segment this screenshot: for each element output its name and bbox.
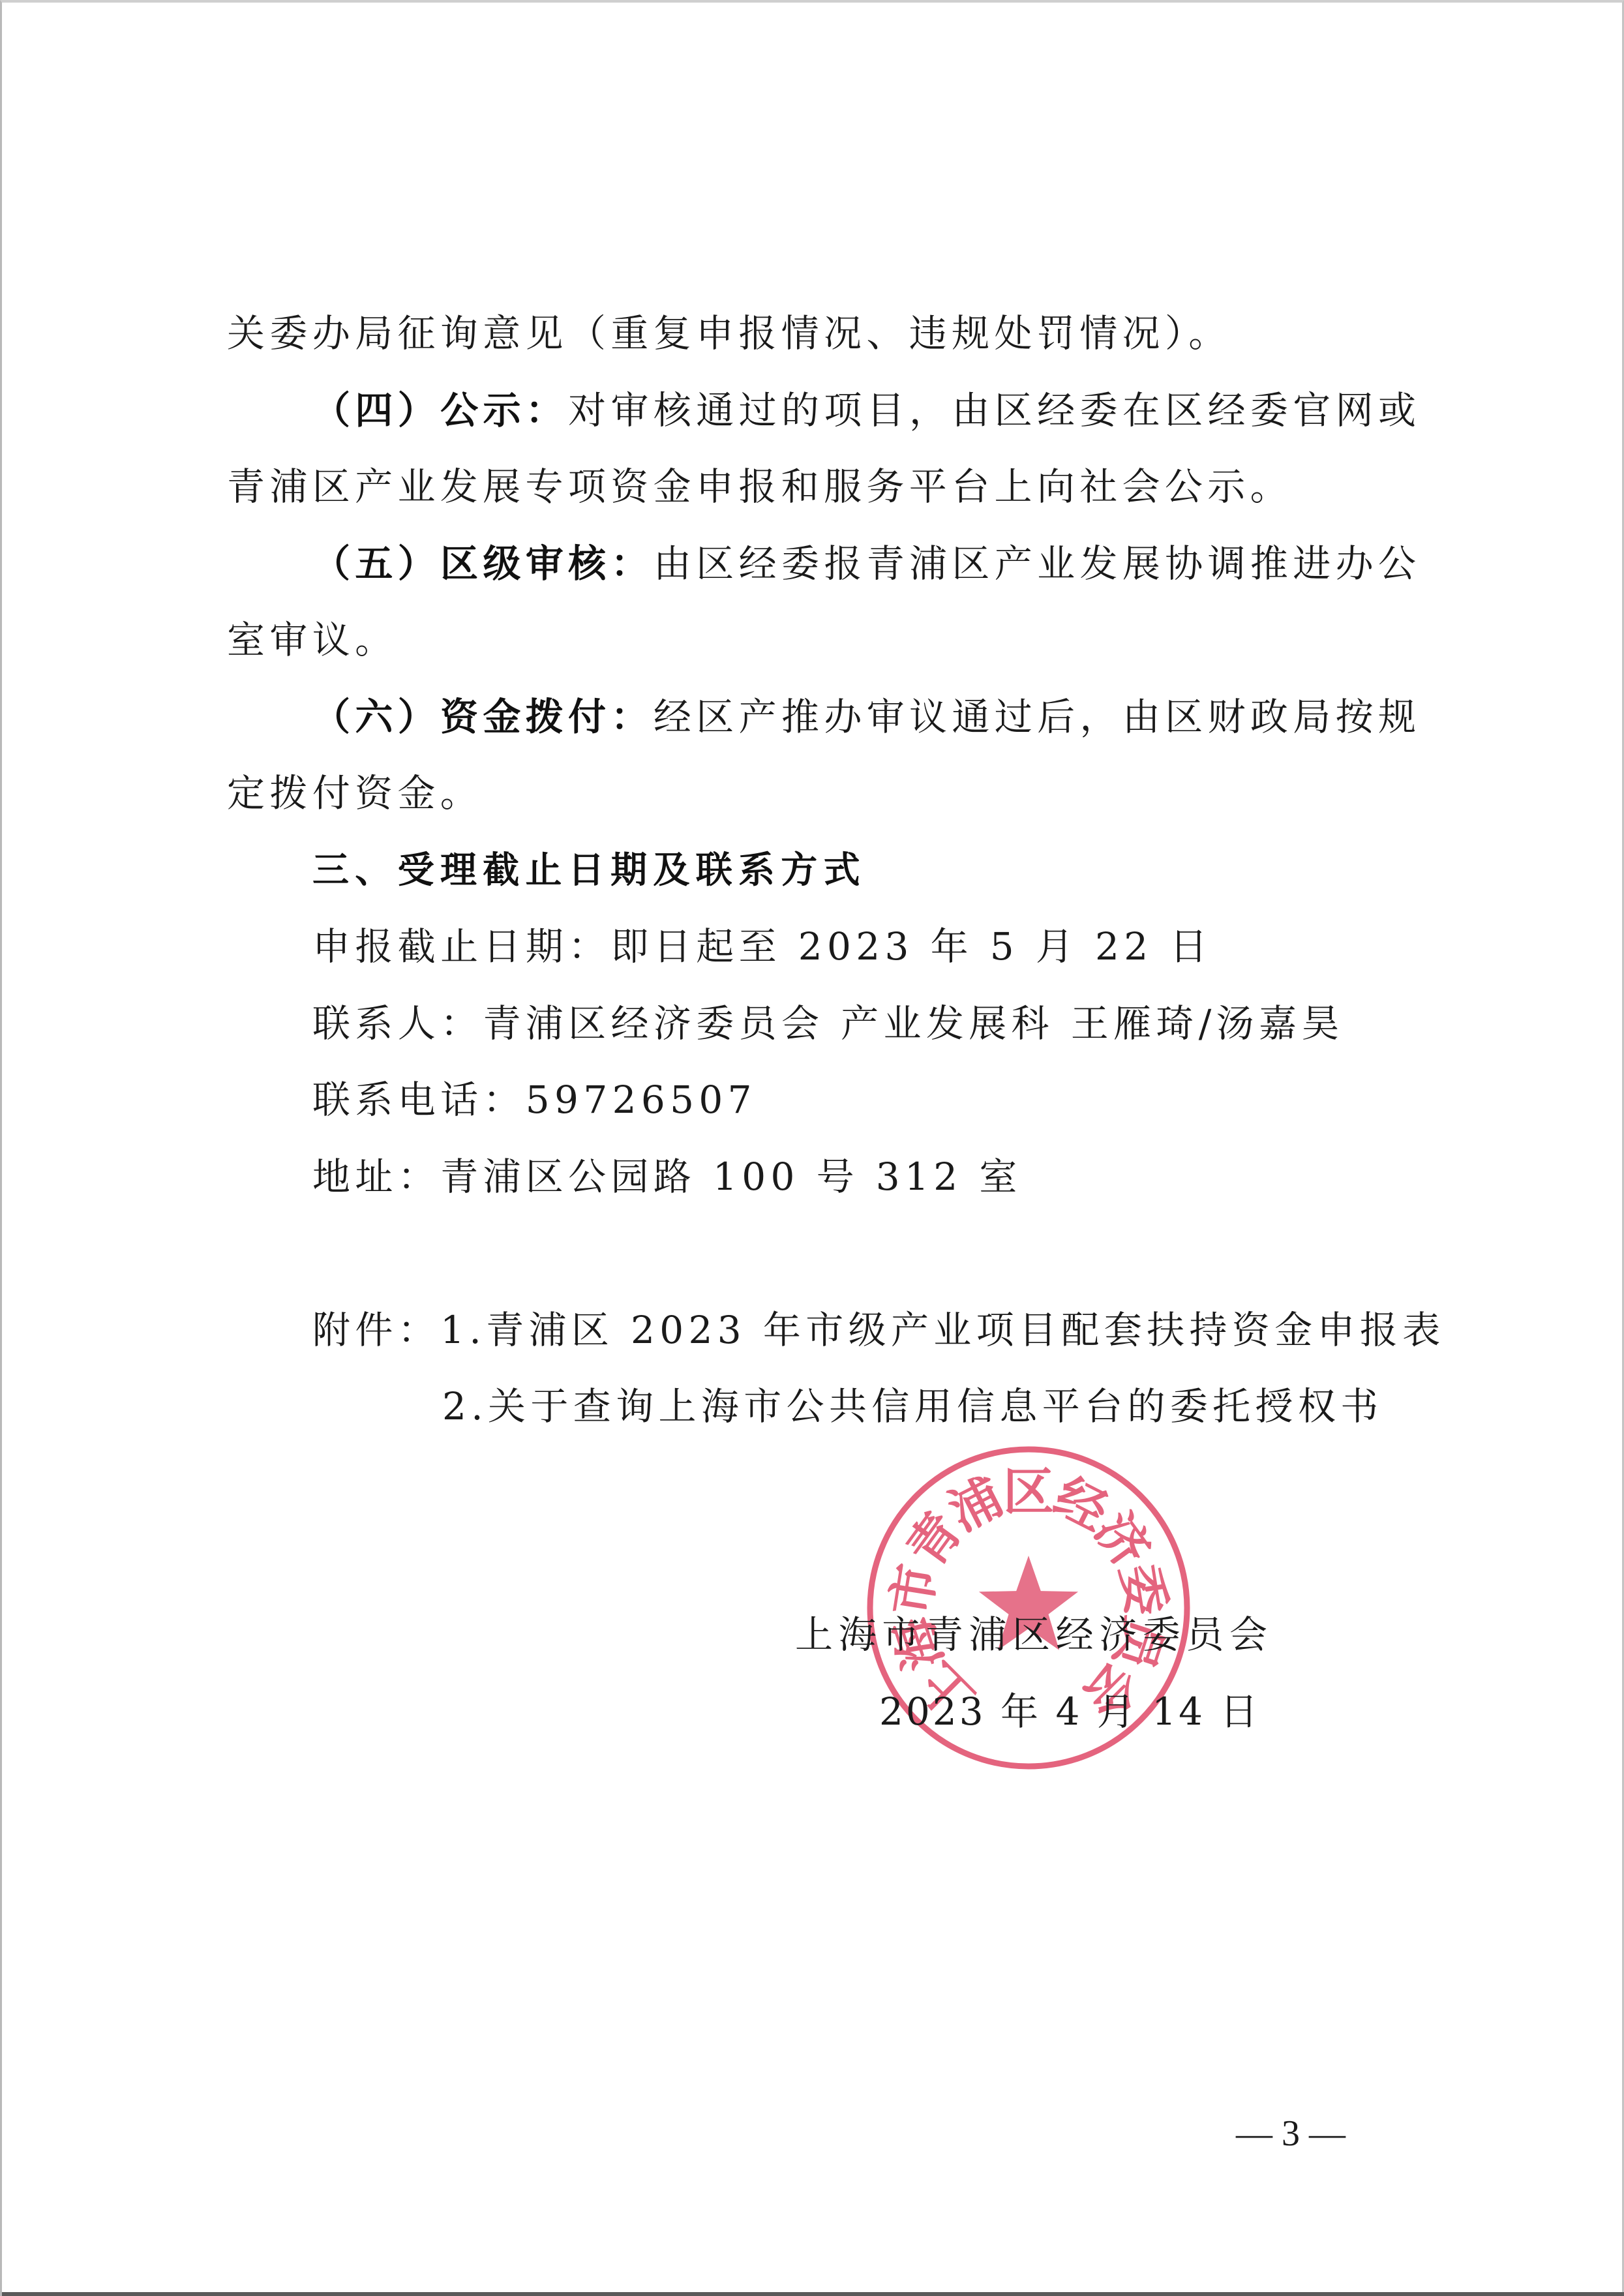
document-page: 关委办局征询意见（重复申报情况、违规处罚情况）。 （四）公示：对审核通过的项目，… [0, 0, 1624, 2296]
signature-date: 2023 年 4 月 14 日 [879, 1674, 1261, 1751]
item-fund-allocation: （六）资金拨付：经区产推办审议通过后，由区财政局按规 [312, 679, 1421, 756]
item-text: 由区经委报青浦区产业发展协调推进办公 [654, 541, 1421, 586]
deadline-line: 申报截止日期：即日起至 2023 年 5 月 22 日 [312, 909, 1212, 986]
section-heading: 三、受理截止日期及联系方式 [312, 832, 866, 909]
item-publicity: （四）公示：对审核通过的项目，由区经委在区经委官网或 [312, 372, 1421, 449]
item-label: （五）区级审核： [312, 541, 654, 586]
page-number: — 3 — [1225, 2111, 1357, 2156]
attachment-1: 附件：1.青浦区 2023 年市级产业项目配套扶持资金申报表 [312, 1292, 1445, 1369]
body-line-3: 青浦区产业发展专项资金申报和服务平台上向社会公示。 [227, 449, 1293, 526]
scan-edge [2, 2292, 1624, 2296]
item-text: 对审核通过的项目，由区经委在区经委官网或 [568, 388, 1421, 432]
attachment-item: 1.青浦区 2023 年市级产业项目配套扶持资金申报表 [440, 1308, 1445, 1352]
item-label: （六）资金拨付： [312, 695, 654, 739]
attachment-label: 附件： [312, 1308, 440, 1352]
item-text: 经区产推办审议通过后，由区财政局按规 [654, 695, 1421, 739]
body-text: 青浦区产业发展专项资金申报和服务平台上向社会公示。 [227, 464, 1293, 509]
body-line-7: 定拨付资金。 [227, 755, 483, 832]
body-line-5: 室审议。 [227, 602, 397, 679]
body-line-1: 关委办局征询意见（重复申报情况、违规处罚情况）。 [227, 295, 1231, 372]
contact-person-line: 联系人：青浦区经济委员会 产业发展科 王雁琦/汤嘉昊 [312, 986, 1344, 1063]
attachment-2: 2.关于查询上海市公共信用信息平台的委托授权书 [442, 1368, 1383, 1445]
seal-character: 区 [1003, 1463, 1054, 1522]
phone-line: 联系电话：59726507 [312, 1062, 757, 1139]
body-text: 定拨付资金。 [227, 771, 483, 815]
body-text: 室审议。 [227, 618, 397, 662]
item-district-review: （五）区级审核：由区经委报青浦区产业发展协调推进办公 [312, 526, 1421, 603]
signature-organization: 上海市青浦区经济委员会 [795, 1597, 1273, 1674]
attachment-item: 2.关于查询上海市公共信用信息平台的委托授权书 [442, 1384, 1383, 1428]
body-text: 关委办局征询意见（重复申报情况、违规处罚情况）。 [227, 311, 1231, 355]
address-line: 地址：青浦区公园路 100 号 312 室 [312, 1139, 1022, 1216]
item-label: （四）公示： [312, 388, 568, 432]
